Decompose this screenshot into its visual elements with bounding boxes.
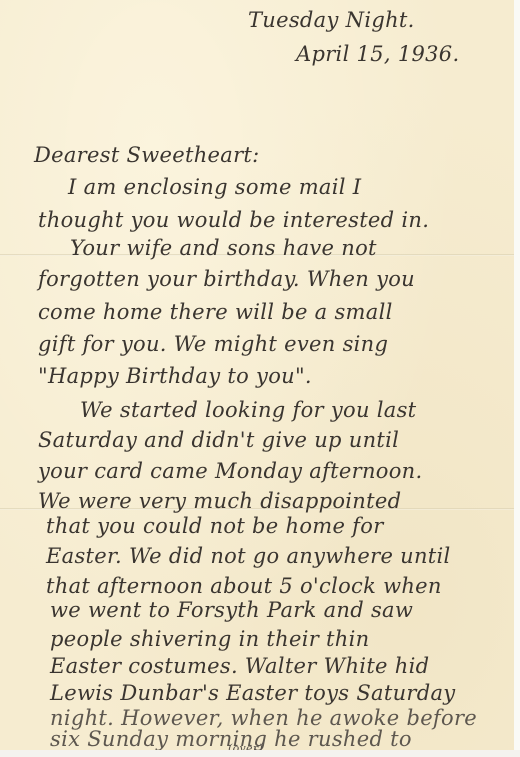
letter-line: gift for you. We might even sing (38, 332, 388, 356)
letter-line: people shivering in their thin (50, 627, 369, 651)
letter-line: that you could not be home for (46, 514, 384, 538)
letter-day: Tuesday Night. (248, 8, 415, 32)
letter-line: come home there will be a small (38, 300, 393, 324)
scan-border-right (514, 0, 520, 757)
letter-line: Saturday and didn't give up until (38, 428, 399, 452)
salutation: Dearest Sweetheart: (34, 143, 260, 167)
letter-line: Lewis Dunbar's Easter toys Saturday (50, 681, 455, 705)
letter-line: I am enclosing some mail I (68, 175, 361, 199)
letter-page: Tuesday Night. April 15, 1936. Dearest S… (0, 0, 514, 750)
letter-line: that afternoon about 5 o'clock when (46, 574, 442, 598)
letter-line: "Happy Birthday to you". (38, 364, 312, 388)
letter-line: thought you would be interested in. (38, 208, 429, 232)
scan-border-bottom (0, 750, 520, 757)
letter-line: Your wife and sons have not (70, 236, 377, 260)
letter-line: We were very much disappointed (38, 489, 401, 513)
letter-line: Easter costumes. Walter White hid (50, 654, 429, 678)
letter-line: forgotten your birthday. When you (38, 267, 415, 291)
letter-line: we went to Forsyth Park and saw (50, 598, 413, 622)
letter-date: April 15, 1936. (296, 42, 459, 66)
letter-line: your card came Monday afternoon. (38, 459, 422, 483)
letter-line: Easter. We did not go anywhere until (46, 544, 451, 568)
letter-line: We started looking for you last (80, 398, 416, 422)
